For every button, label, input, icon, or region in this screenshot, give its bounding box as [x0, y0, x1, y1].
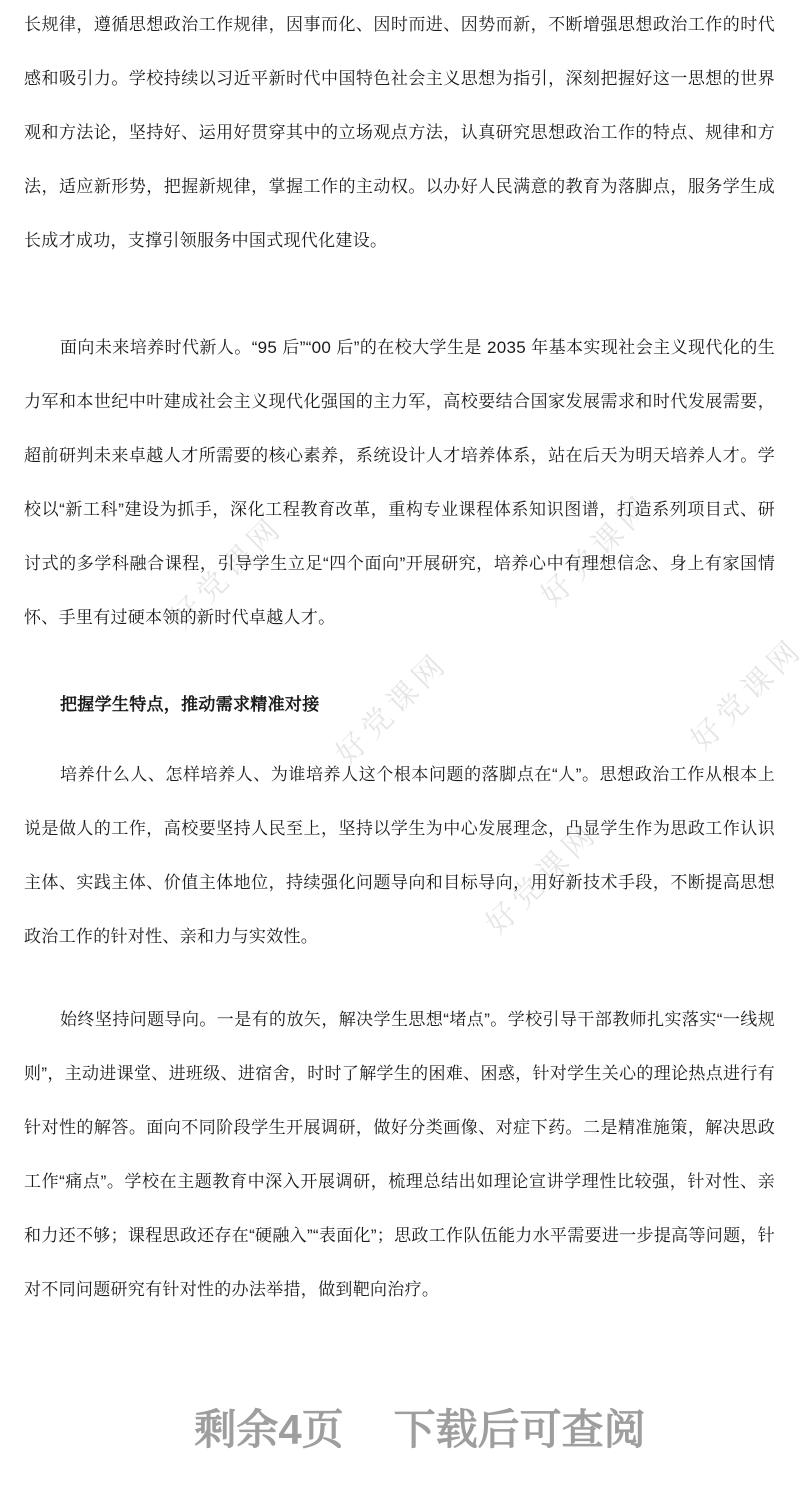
paragraph-future-talent: 面向未来培养时代新人。“95 后”“00 后”的在校大学生是 2035 年基本实…: [24, 321, 775, 645]
download-hint-label: 下载后可查阅: [394, 1409, 646, 1451]
remaining-pages-label: 剩余4页: [194, 1409, 343, 1451]
section-heading: 把握学生特点，推动需求精准对接: [24, 678, 775, 732]
remaining-pages-banner: 剩余4页下载后可查阅: [20, 1409, 800, 1451]
document-page: 好党课网好党课网好党课网好党课网好党课网 长规律，遵循思想政治工作规律，因事而化…: [0, 0, 800, 1511]
paragraph-problem-oriented: 始终坚持问题导向。一是有的放矢，解决学生思想“堵点”。学校引导干部教师扎实落实“…: [24, 993, 775, 1317]
document-content: 长规律，遵循思想政治工作规律，因事而化、因时而进、因势而新，不断增强思想政治工作…: [24, 0, 775, 1511]
paragraph-continued: 长规律，遵循思想政治工作规律，因事而化、因时而进、因势而新，不断增强思想政治工作…: [24, 0, 775, 268]
paragraph-student-centered: 培养什么人、怎样培养人、为谁培养人这个根本问题的落脚点在“人”。思想政治工作从根…: [24, 748, 775, 964]
